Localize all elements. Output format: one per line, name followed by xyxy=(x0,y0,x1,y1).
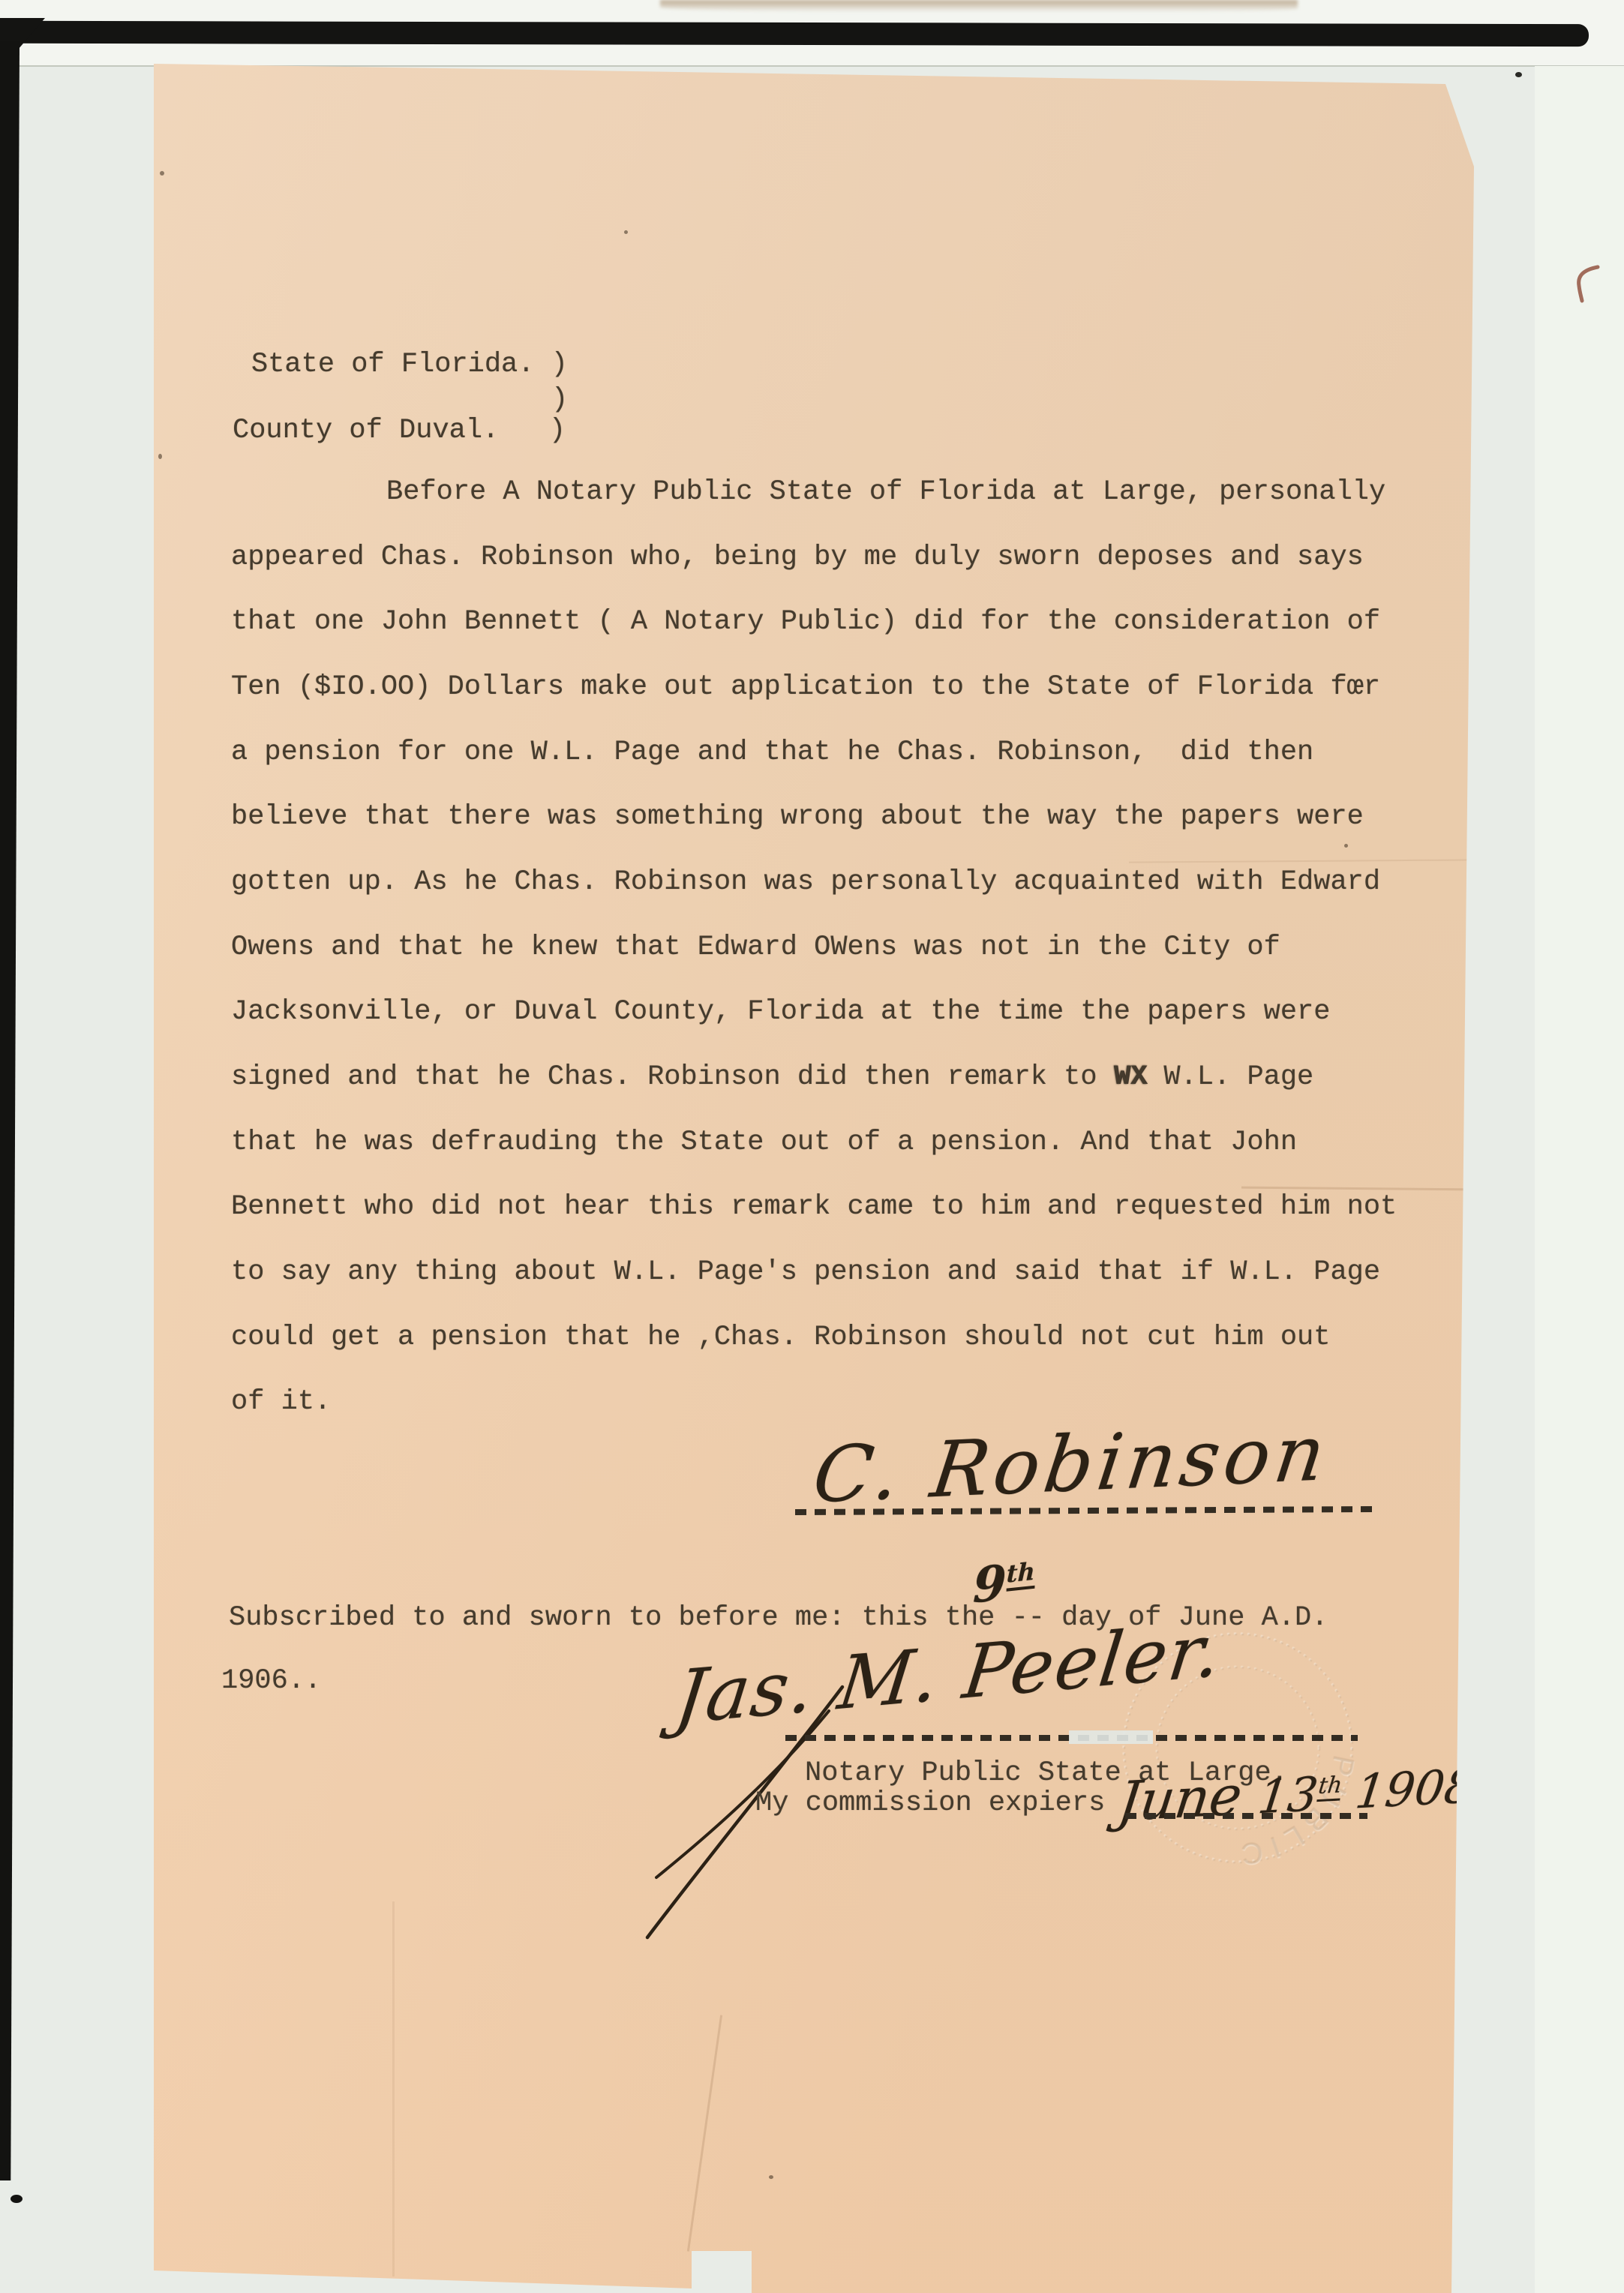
paper-speck xyxy=(769,2175,773,2179)
body-line-4: Ten ($IO.OO) Dollars make out applicatio… xyxy=(231,671,1380,704)
body-line-5: a pension for one W.L. Page and that he … xyxy=(231,737,1313,769)
body-line-7: gotten up. As he Chas. Robinson was pers… xyxy=(231,866,1380,899)
venue-state-line: State of Florida. ) xyxy=(251,349,568,381)
body-line-10-pre: signed and that he Chas. Robinson did th… xyxy=(231,1061,1114,1093)
body-line-13: to say any thing about W.L. Page's pensi… xyxy=(231,1256,1380,1289)
paper-crease xyxy=(1241,1187,1476,1191)
body-line-14: could get a pension that he ,Chas. Robin… xyxy=(231,1322,1330,1354)
paper-tear-line xyxy=(687,2015,722,2251)
scan-black-top-bar xyxy=(11,21,1589,47)
scanned-affidavit-page: { "venue": { "state_line": "State of Flo… xyxy=(0,0,1624,2293)
venue-county-line: County of Duval. ) xyxy=(233,415,566,447)
scan-right-strip xyxy=(1535,66,1624,2293)
date-year: 1908. xyxy=(1337,1757,1492,1820)
day-digit: 9 xyxy=(972,1554,1007,1614)
body-line-9: Jacksonville, or Duval County, Florida a… xyxy=(231,996,1330,1028)
red-margin-mark xyxy=(1572,263,1605,305)
scan-top-fabric-fuzz xyxy=(660,0,1298,12)
body-line-8: Owens and that he knew that Edward OWens… xyxy=(231,932,1280,964)
paper-speck xyxy=(160,171,164,176)
body-line-10-post: W.L. Page xyxy=(1147,1061,1313,1093)
paper-speck xyxy=(624,230,628,234)
handwritten-day-number: 9th xyxy=(972,1551,1036,1614)
body-line-12: Bennett who did not hear this remark cam… xyxy=(231,1191,1397,1223)
dashed-line-gap-patch xyxy=(1069,1730,1153,1744)
overstruck-typo: WX xyxy=(1114,1061,1147,1093)
commission-line: My commission expiers xyxy=(755,1787,1105,1820)
date-month: June xyxy=(1115,1763,1262,1833)
body-line-2: appeared Chas. Robinson who, being by me… xyxy=(231,542,1364,574)
affidavit-paper-sheet: PUBLIC PUBLIC State of Florida. ) ) Coun… xyxy=(154,64,1476,2293)
scan-black-left-strip xyxy=(0,41,20,2180)
commission-dashed-line xyxy=(1125,1813,1367,1819)
paper-speck xyxy=(158,454,162,459)
paper-speck xyxy=(1344,844,1348,848)
body-line-3: that one John Bennett ( A Notary Public)… xyxy=(231,606,1380,638)
body-line-6: believe that there was something wrong a… xyxy=(231,801,1364,833)
dust-speck xyxy=(1515,72,1522,77)
day-ordinal: th xyxy=(1006,1556,1035,1591)
body-line-11: that he was defrauding the State out of … xyxy=(231,1127,1297,1159)
robinson-signature: C. Robinson xyxy=(808,1409,1334,1521)
paper-streak xyxy=(392,1901,395,2276)
year-line: 1906.. xyxy=(221,1665,321,1697)
body-line-10: signed and that he Chas. Robinson did th… xyxy=(231,1061,1313,1094)
body-line-1: Before A Notary Public State of Florida … xyxy=(386,476,1385,509)
body-line-15: of it. xyxy=(231,1386,331,1418)
paper-crease xyxy=(1129,859,1474,863)
venue-brace-middle: ) xyxy=(551,384,568,416)
scan-black-dot xyxy=(11,2195,23,2203)
